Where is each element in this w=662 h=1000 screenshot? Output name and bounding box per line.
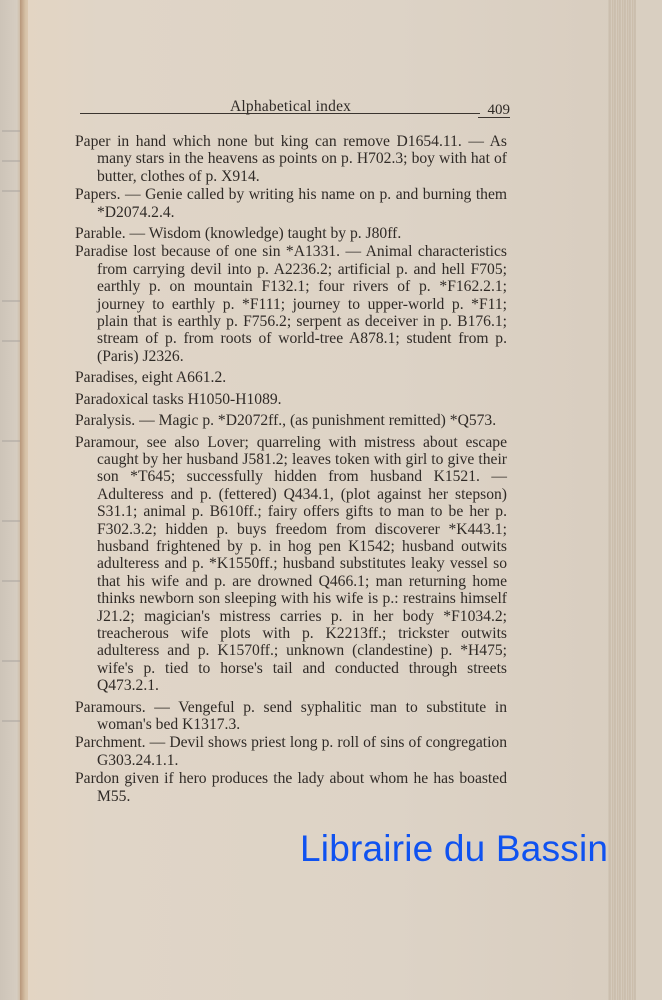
header-rule-right (478, 117, 510, 118)
ghost-text-line (2, 160, 20, 162)
ghost-text-line (2, 130, 20, 132)
index-entry-paralysis: Paralysis. — Magic p. *D2072ff., (as pun… (75, 412, 507, 429)
ghost-text-line (2, 520, 20, 522)
ghost-text-line (2, 300, 20, 302)
ghost-text-line (2, 580, 20, 582)
index-entry-paramour: Paramour, see also Lover; quarreling wit… (75, 434, 507, 695)
index-entries: Paper in hand which none but king can re… (75, 133, 507, 806)
ghost-text-line (2, 340, 20, 342)
index-entry-paradoxical: Paradoxical tasks H1050-H1089. (75, 391, 507, 408)
ghost-text-line (2, 660, 20, 662)
page-fore-edge (608, 0, 636, 1000)
index-entry-paradises: Paradises, eight A661.2. (75, 369, 507, 386)
index-entry-paper: Paper in hand which none but king can re… (75, 133, 507, 185)
ghost-text-line (2, 720, 20, 722)
index-entry-papers: Papers. — Genie called by writing his na… (75, 186, 507, 221)
index-entry-parchment: Parchment. — Devil shows priest long p. … (75, 734, 507, 769)
index-entry-paradise: Paradise lost because of one sin *A1331.… (75, 243, 507, 365)
header-rule (80, 113, 480, 114)
running-head: Alphabetical index 409 (80, 92, 510, 116)
index-entry-pardon: Pardon given if hero produces the lady a… (75, 770, 507, 805)
index-entry-parable: Parable. — Wisdom (knowledge) taught by … (75, 225, 507, 242)
watermark-text: Librairie du Bassin (300, 828, 608, 870)
ghost-text-line (2, 440, 20, 442)
index-entry-paramours: Paramours. — Vengeful p. send syphalitic… (75, 699, 507, 734)
ghost-text-line (2, 190, 20, 192)
